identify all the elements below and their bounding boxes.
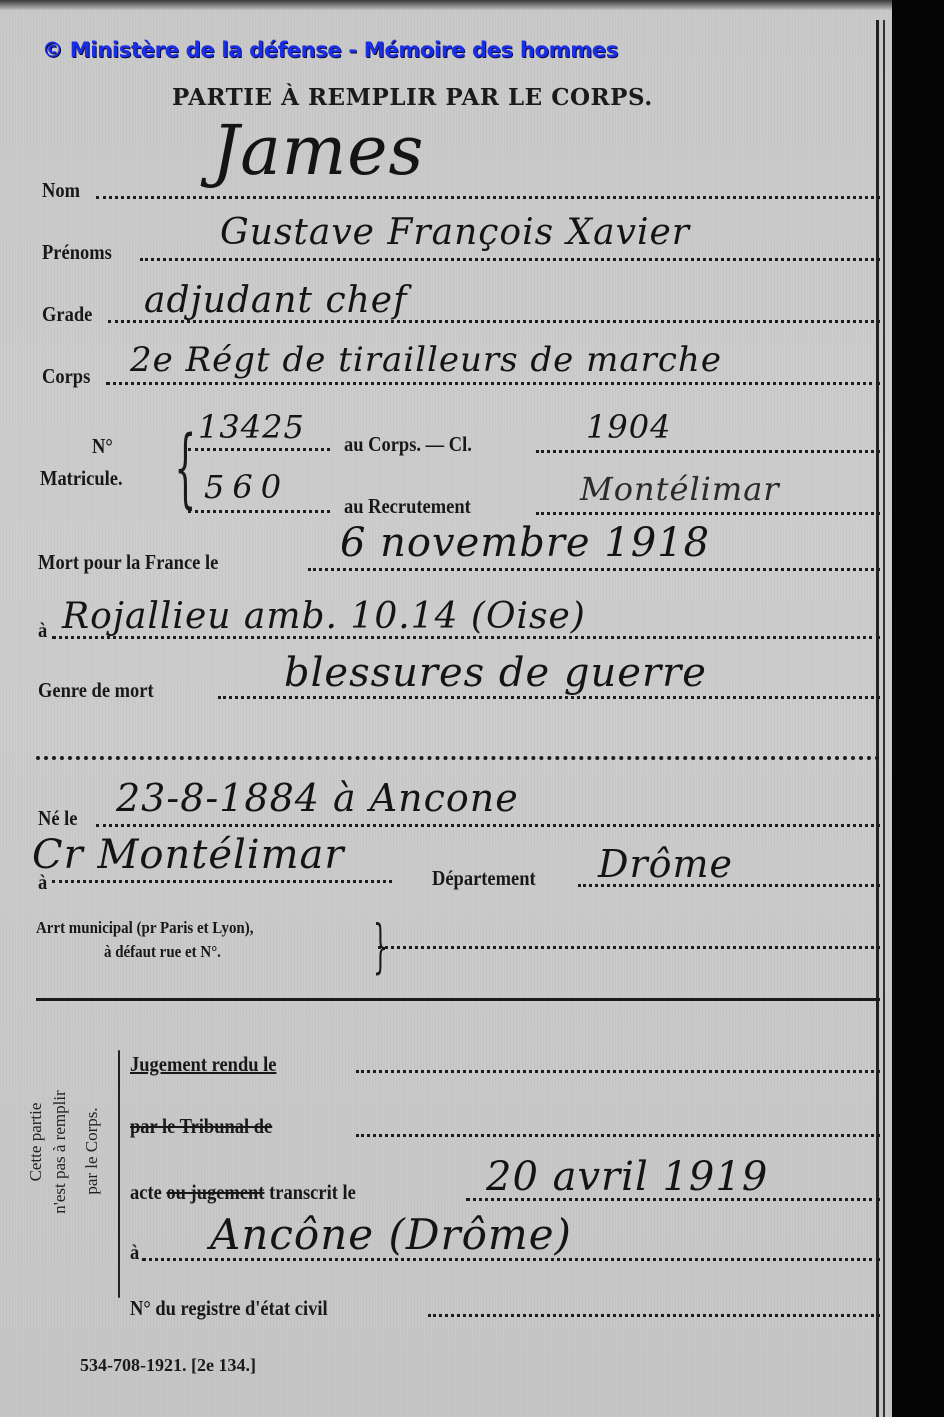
naissance-lieu-line [52,880,392,883]
au-corps-label: au Corps. — Cl. [344,432,472,457]
grade-label: Grade [42,302,92,327]
acte-label-struck: ou jugement [166,1180,264,1204]
recrutement-place-value: Montélimar [580,470,780,508]
departement-label: Département [432,866,536,891]
genre-mort-value: blessures de guerre [284,650,707,696]
naissance-line [96,824,880,827]
scan-margin-right [892,0,944,1417]
scan-shadow-top [0,0,944,10]
transcription-lieu-value: Ancône (Drôme) [210,1210,572,1259]
matricule-no-label: N° [92,434,113,459]
civil-side-note-line1: Cette partie [26,1042,45,1242]
arrondissement-label-line2: à défaut rue et N°. [104,942,221,962]
form-title: PARTIE À REMPLIR PAR LE CORPS. [172,84,653,111]
au-recrutement-label: au Recrutement [344,494,471,519]
separator-line [36,756,880,760]
classe-value: 1904 [586,408,671,446]
tribunal-line [356,1134,880,1137]
naissance-value: 23-8-1884 à Ancone [116,776,519,820]
acte-label-suffix: transcrit le [269,1180,356,1204]
matricule-label: Matricule. [40,466,123,491]
card-border [876,20,879,1417]
corps-value: 2e Régt de tirailleurs de marche [130,340,722,380]
corps-number-line [188,448,330,451]
acte-label-prefix: acte [130,1180,162,1204]
tribunal-label: par le Tribunal de [130,1114,272,1139]
mort-date-line [308,568,880,571]
copyright-watermark: © Ministère de la défense - Mémoire des … [42,38,618,62]
acte-label: acte ou jugement transcrit le [130,1180,356,1205]
jugement-line [356,1070,880,1073]
corps-line [106,382,880,385]
naissance-label: Né le [38,806,78,831]
card-border-inner [883,20,885,1417]
civil-side-note-line2: n'est pas à remplir [50,1042,69,1262]
mort-date-value: 6 novembre 1918 [340,520,710,566]
recrutement-number-line [188,510,330,513]
recrutement-place-line [536,512,880,515]
acte-value: 20 avril 1919 [486,1154,768,1200]
nom-label: Nom [42,178,80,203]
print-reference: 534-708-1921. [2e 134.] [80,1355,256,1376]
prenoms-label: Prénoms [42,240,112,265]
registre-line [428,1314,880,1317]
recrutement-number-value: 560 [204,468,289,506]
naissance-lieu-value: Cr Montélimar [32,832,344,878]
arrondissement-line [378,946,880,949]
section-divider [36,998,880,1001]
grade-value: adjudant chef [144,280,407,321]
nom-line [96,196,880,199]
civil-section-brace [118,1050,120,1298]
genre-mort-label: Genre de mort [38,678,154,703]
mort-lieu-label: à [38,618,47,643]
civil-side-note-line3: par le Corps. [82,1066,101,1236]
mort-date-label: Mort pour la France le [38,550,218,575]
mort-lieu-value: Rojallieu amb. 10.14 (Oise) [62,596,586,637]
nom-value: James [212,112,424,191]
transcription-lieu-label: à [130,1240,139,1265]
corps-number-value: 13425 [198,408,305,446]
classe-line [536,450,880,453]
corps-label: Corps [42,364,90,389]
jugement-label: Jugement rendu le [130,1052,276,1077]
registre-label: N° du registre d'état civil [130,1296,328,1321]
genre-mort-line [218,696,880,699]
matricule-brace: { [174,418,196,518]
arrondissement-label-line1: Arrt municipal (pr Paris et Lyon), [36,918,253,938]
departement-value: Drôme [598,842,733,886]
prenoms-line [140,258,880,261]
prenoms-value: Gustave François Xavier [220,212,690,253]
